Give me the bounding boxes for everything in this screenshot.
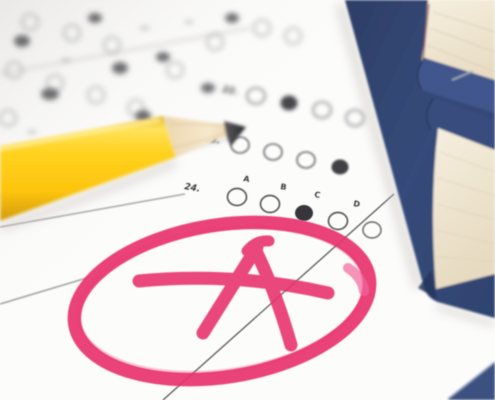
bubble-filled	[332, 160, 349, 175]
photo-scene: 22. 23. 24. A B C D	[0, 0, 495, 400]
book-pages-bottom	[433, 128, 495, 289]
bubble-filled	[281, 96, 298, 111]
scene-svg: 22. 23. 24. A B C D	[0, 0, 495, 400]
bubble-filled-answer-c	[295, 205, 313, 221]
